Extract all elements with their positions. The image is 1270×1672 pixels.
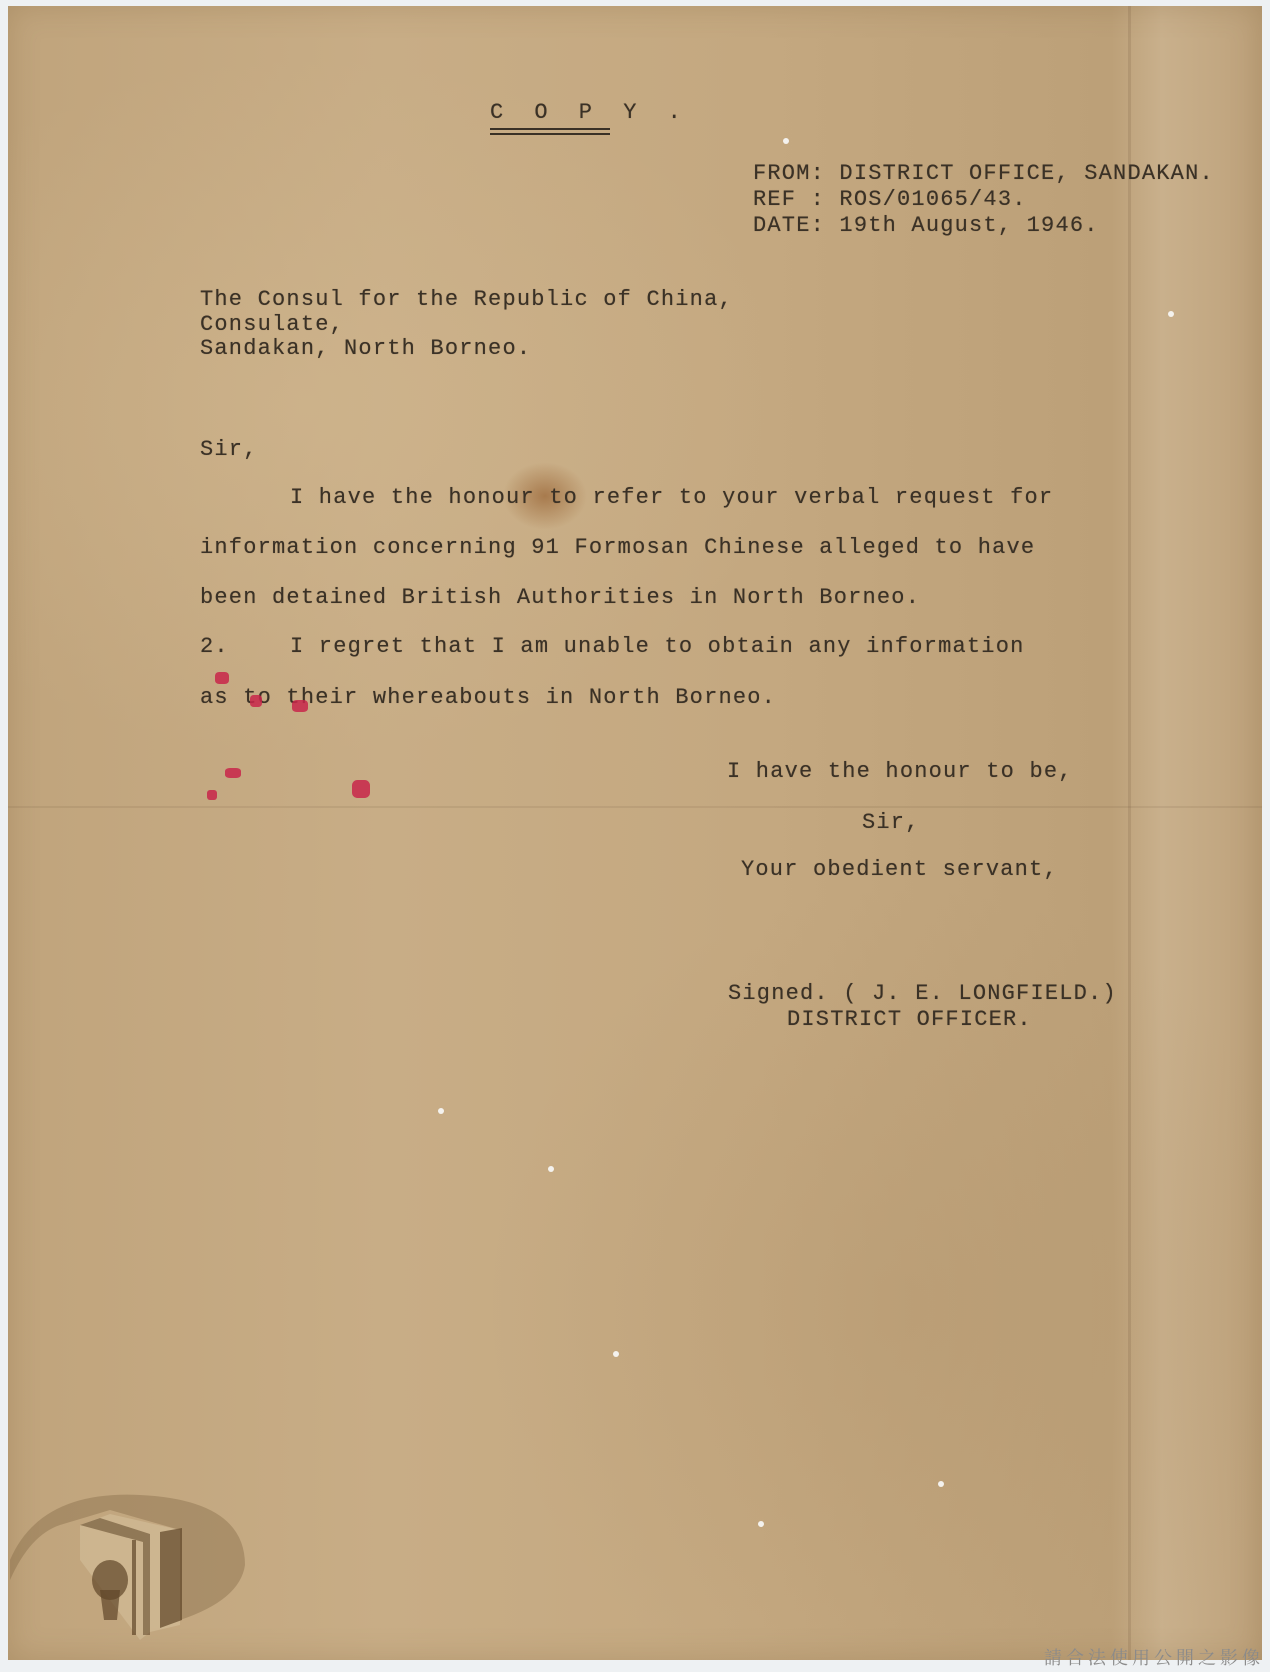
body-line: information concerning 91 Formosan Chine… (200, 535, 1035, 561)
red-ink-stain (352, 780, 370, 798)
red-ink-stain (292, 700, 308, 712)
body-line: I regret that I am unable to obtain any … (290, 634, 1025, 660)
closing-line: I have the honour to be, (727, 759, 1073, 785)
document-page (8, 6, 1262, 1660)
paper-hole (1168, 311, 1174, 317)
body-line: been detained British Authorities in Nor… (200, 585, 920, 611)
paper-hole (783, 138, 789, 144)
usage-watermark: 請合法使用公開之影像 (1044, 1644, 1264, 1670)
body-line: as to their whereabouts in North Borneo. (200, 685, 776, 711)
addressee-line: Consulate, (200, 312, 344, 338)
paper-hole (758, 1521, 764, 1527)
red-ink-stain (225, 768, 241, 778)
closing-line: Sir, (862, 810, 920, 836)
title-underline (490, 133, 610, 135)
addressee-line: The Consul for the Republic of China, (200, 287, 733, 313)
paragraph-number: 2. (200, 634, 229, 660)
signature-line: Signed. ( J. E. LONGFIELD.) (728, 981, 1117, 1007)
signature-title: DISTRICT OFFICER. (787, 1007, 1032, 1033)
header-from: FROM: DISTRICT OFFICE, SANDAKAN. (753, 161, 1214, 187)
paper-hole (938, 1481, 944, 1487)
title-underline (490, 128, 610, 130)
body-line: I have the honour to refer to your verba… (290, 485, 1053, 511)
red-ink-stain (250, 695, 262, 707)
salutation: Sir, (200, 437, 258, 463)
paper-hole (438, 1108, 444, 1114)
paper-hole (613, 1351, 619, 1357)
paper-hole (548, 1166, 554, 1172)
fold-crease (8, 806, 1262, 808)
addressee-line: Sandakan, North Borneo. (200, 336, 531, 362)
red-ink-stain (215, 672, 229, 684)
book-keyhole-logo-icon (0, 1470, 260, 1640)
fold-crease (1128, 6, 1131, 1660)
red-ink-stain (207, 790, 217, 800)
document-title: C O P Y . (490, 100, 690, 126)
header-date: DATE: 19th August, 1946. (753, 213, 1099, 239)
header-ref: REF : ROS/01065/43. (753, 187, 1027, 213)
closing-line: Your obedient servant, (741, 857, 1058, 883)
